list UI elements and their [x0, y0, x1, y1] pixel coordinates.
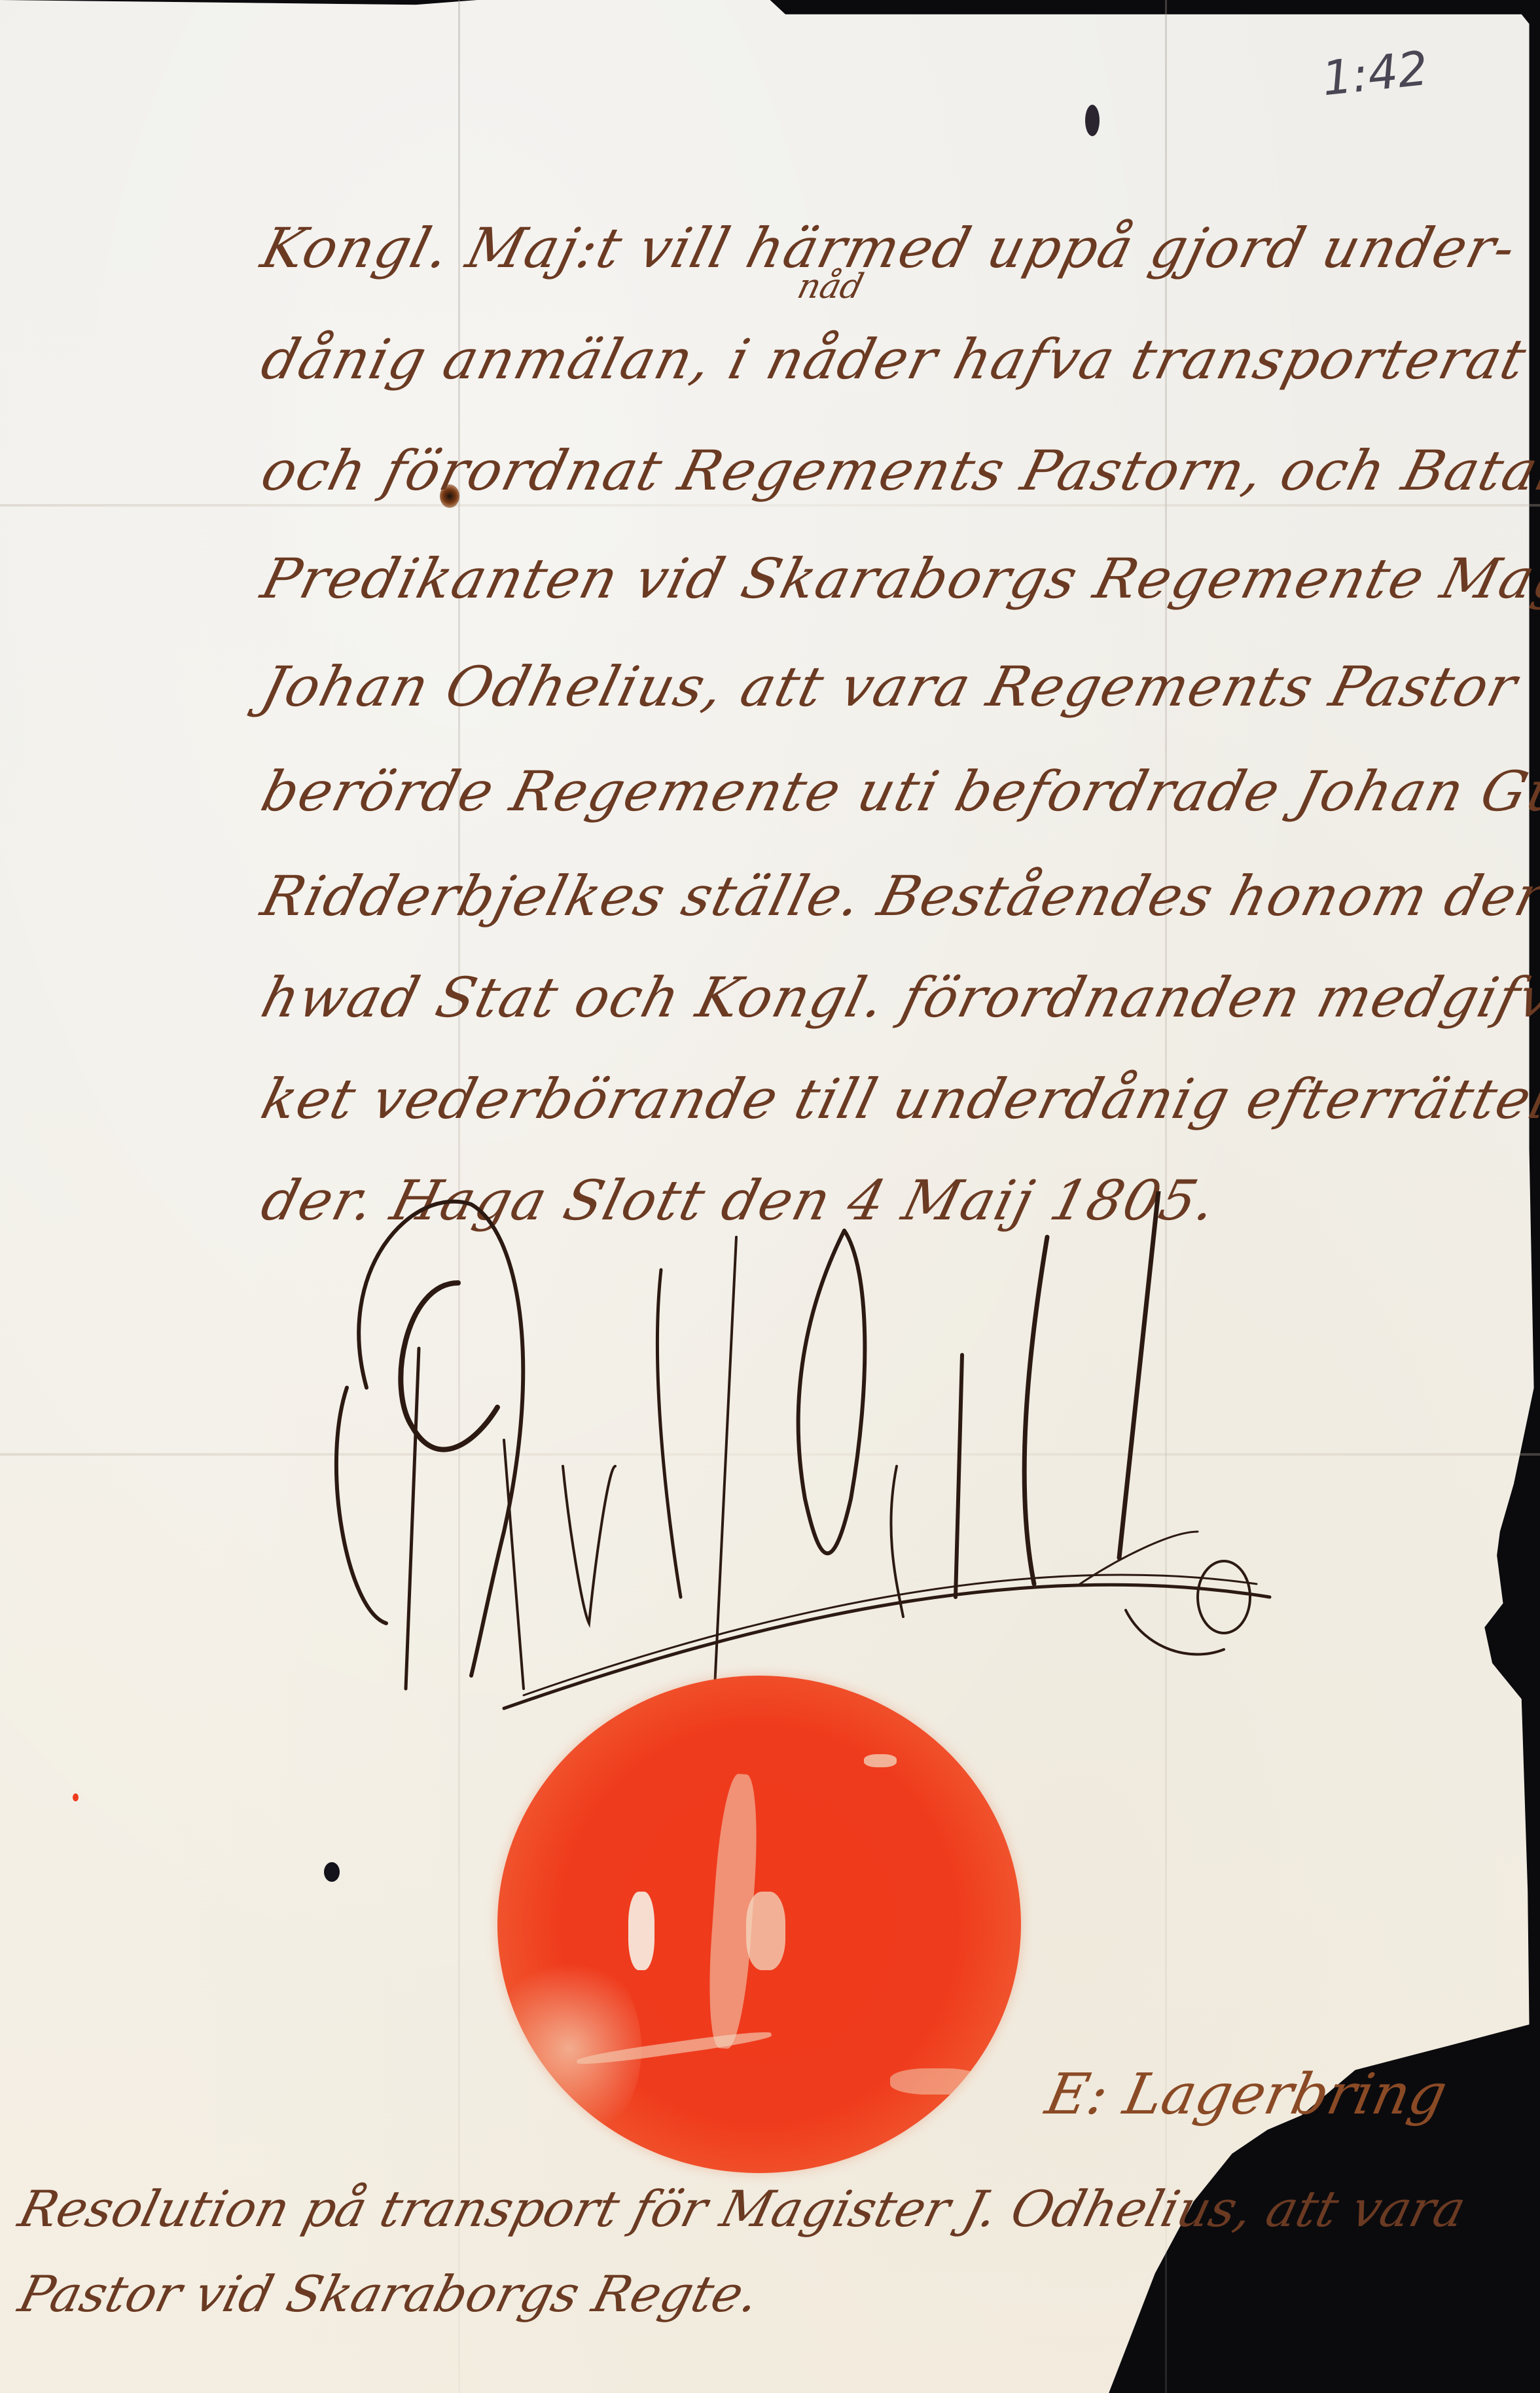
body-line-7: Ridderbjelkes ställe. Beståendes honom d…	[255, 864, 1540, 928]
body-line-3: och förordnat Regements Pastorn, och Bat…	[255, 439, 1540, 503]
ink-blot	[324, 1862, 340, 1882]
seal-texture	[864, 1754, 897, 1767]
body-line-4: Predikanten vid Skaraborgs Regemente Mag…	[255, 547, 1540, 611]
body-line-1: Kongl. Maj:t vill härmed uppå gjord unde…	[255, 216, 1523, 280]
body-line-8: hwad Stat och Kongl. förordnanden medgif…	[255, 965, 1540, 1030]
interlinear-insertion: nåd	[794, 267, 868, 306]
seal-texture	[497, 1951, 641, 2147]
archive-number: 1:42	[1319, 41, 1431, 106]
body-line-5: Johan Odhelius, att vara Regements Pasto…	[255, 655, 1540, 719]
endorsement-line-1: Resolution på transport för Magister J. …	[13, 2180, 1471, 2238]
red-wax-seal	[497, 1676, 1021, 2173]
wax-speck	[73, 1793, 79, 1801]
fold-crease-horizontal	[0, 504, 1540, 507]
body-line-9: ket vederbörande till underdånig efterrä…	[255, 1067, 1540, 1131]
seal-texture	[746, 1892, 785, 1970]
body-line-6: berörde Regemente uti befordrade Johan G…	[255, 759, 1540, 823]
seal-texture	[890, 2068, 982, 2095]
countersignature: E: Lagerbring	[1040, 2062, 1452, 2127]
body-line-2: dånig anmälan, i nåder hafva transporter…	[255, 327, 1533, 391]
ink-blot	[1085, 105, 1100, 136]
seal-texture	[628, 1892, 654, 1970]
endorsement-line-2: Pastor vid Skaraborgs Regte.	[13, 2265, 765, 2323]
